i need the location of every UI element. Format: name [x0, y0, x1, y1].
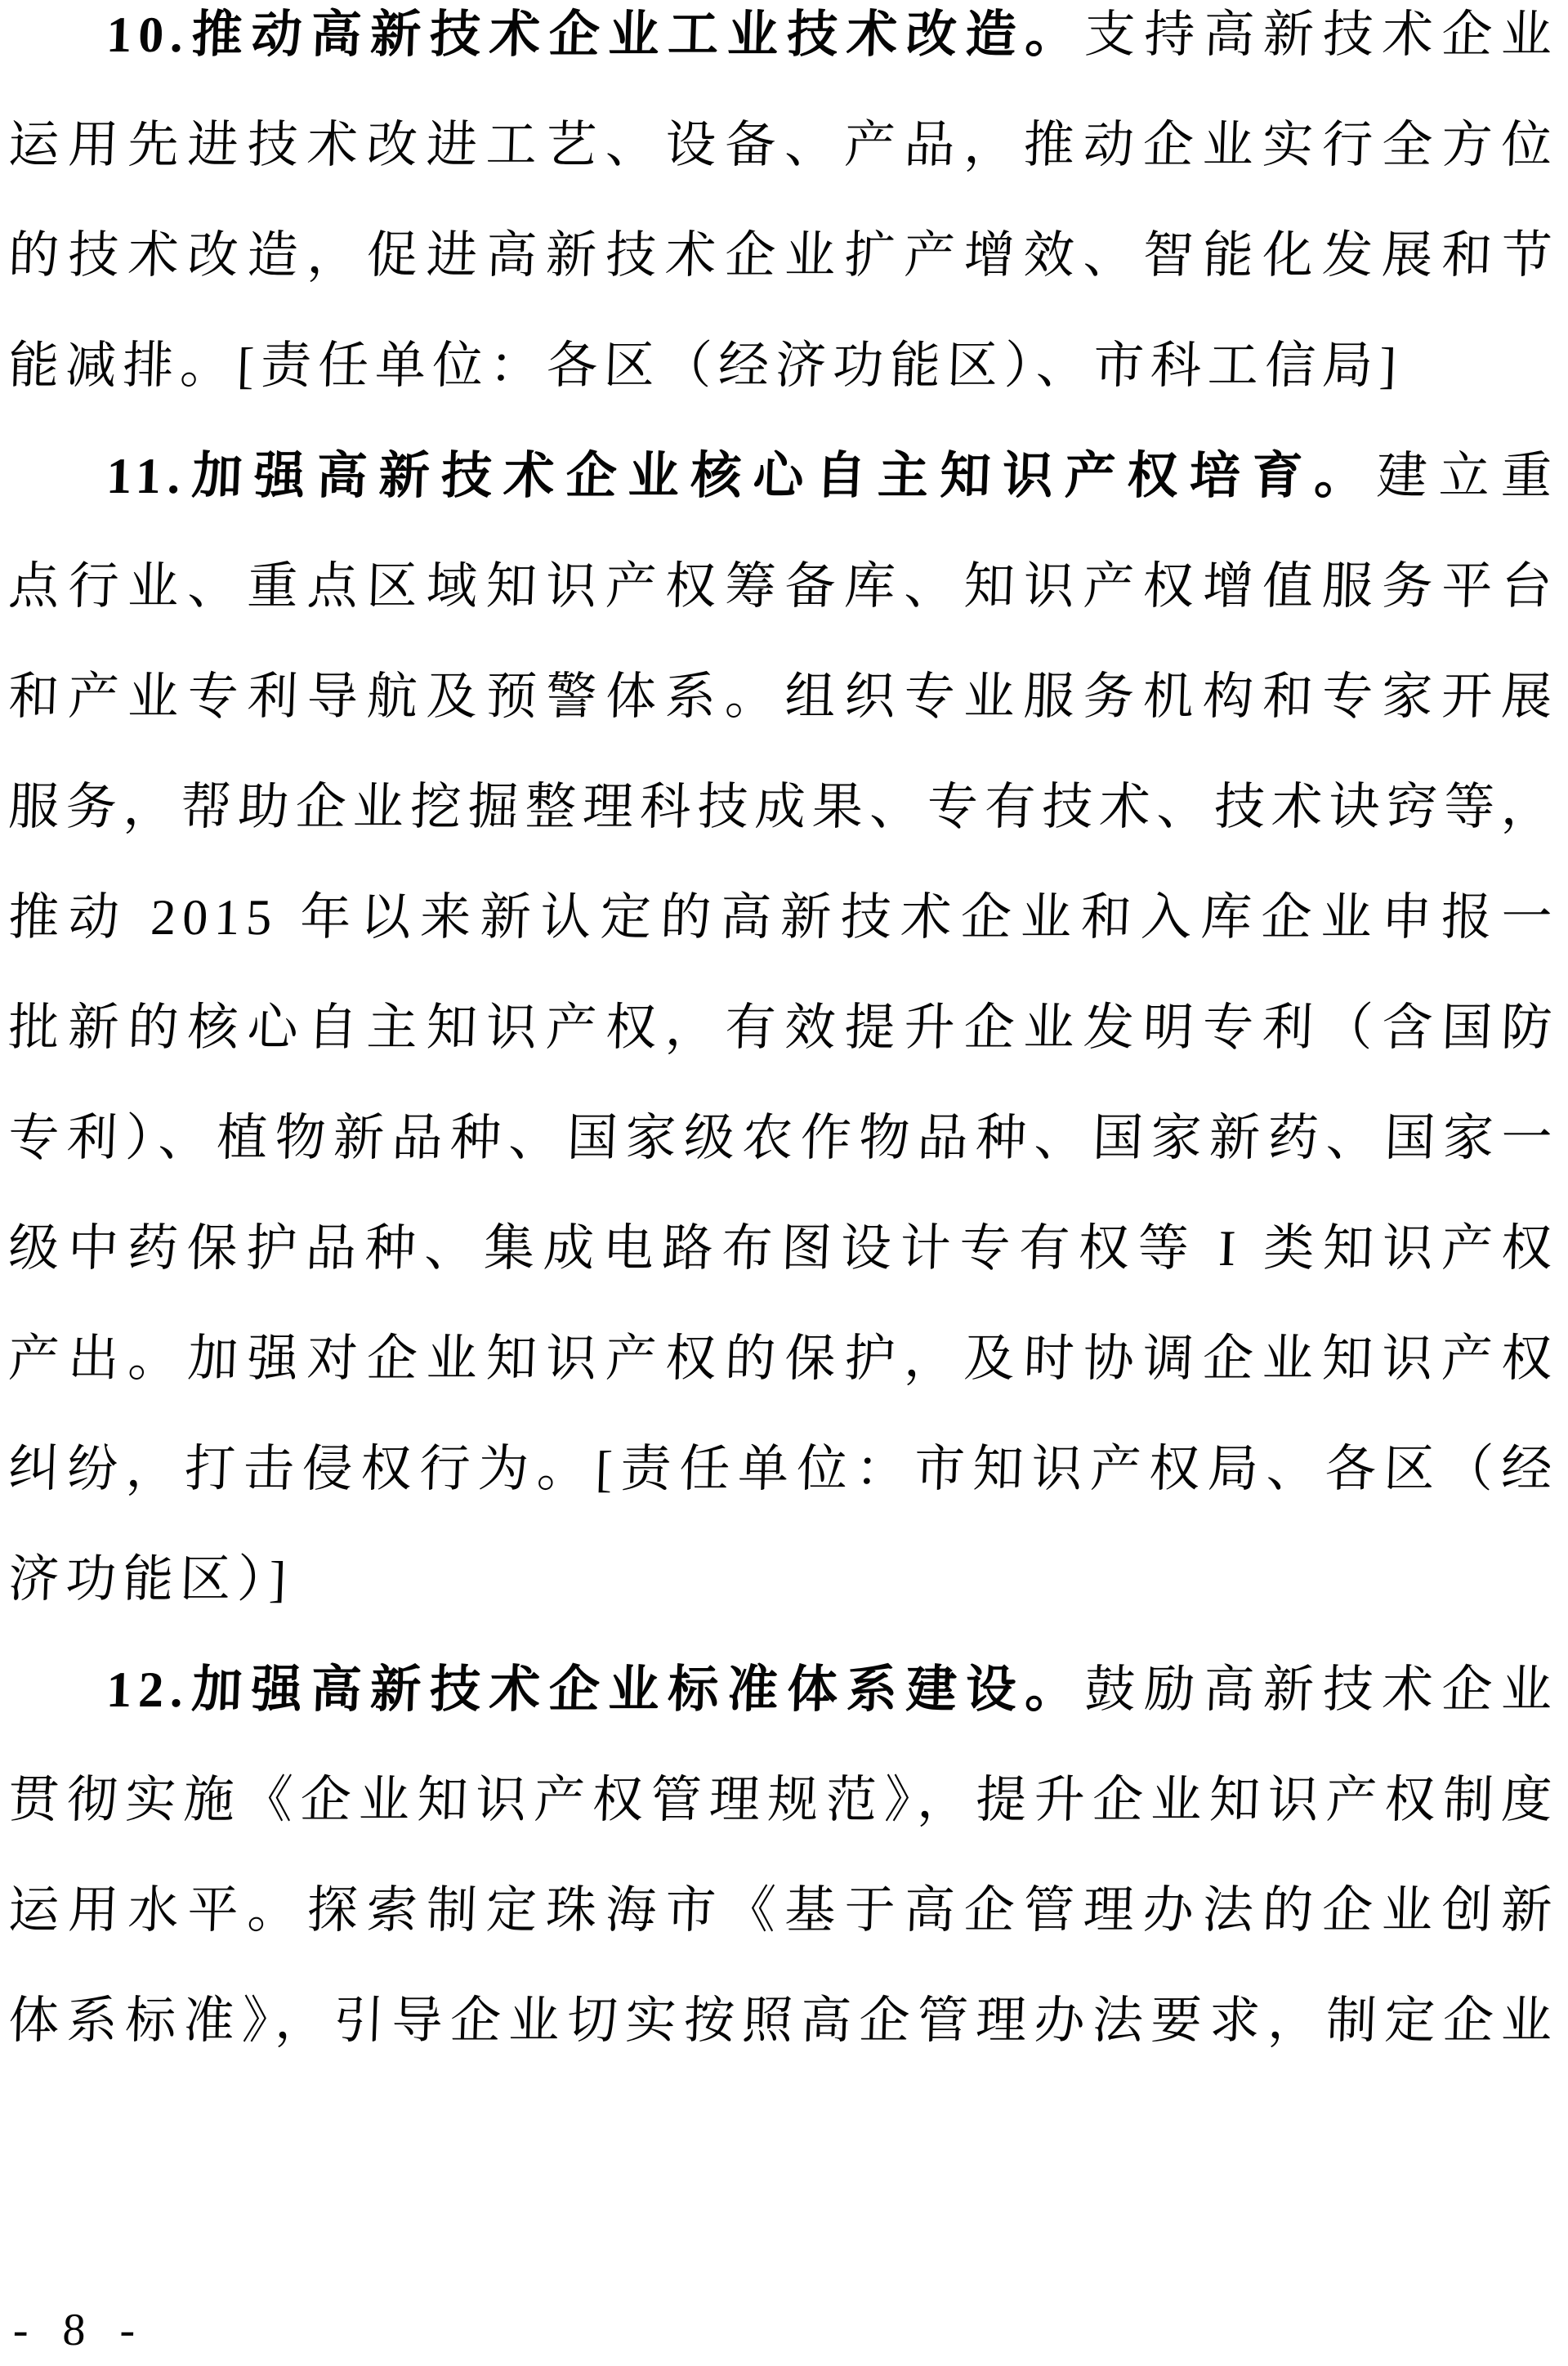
body-text: 推动 2015 年以来新认定的高新技术企业和入库企业申报一 [7, 890, 1559, 946]
line-p12-2: 贯彻实施《企业知识产权管理规范》，提升企业知识产权制度 [7, 1746, 1561, 1856]
line-p10-4-responsible-unit: 能减排。[责任单位：各区（经济功能区）、市科工信局] [7, 311, 1561, 422]
document-page: 10.推动高新技术企业工业技术改造。支持高新技术企业 运用先进技术改进工艺、设备… [0, 0, 1568, 2366]
line-p11-8: 级中药保护品种、集成电路布图设计专有权等 I 类知识产权 [7, 1194, 1561, 1304]
line-p10-2: 运用先进技术改进工艺、设备、产品，推动企业实行全方位 [7, 91, 1561, 201]
body-text: 济功能区）] [7, 1552, 293, 1608]
p10-body-text: 支持高新技术企业 [1083, 7, 1559, 63]
body-text: 能减排。[责任单位：各区（经济功能区）、市科工信局] [7, 338, 1404, 394]
line-p11-3: 和产业专利导航及预警体系。组织专业服务机构和专家开展 [7, 642, 1561, 753]
line-p12-heading: 12.加强高新技术企业标准体系建设。鼓励高新技术企业 [7, 1635, 1561, 1746]
body-text: 专利）、植物新品种、国家级农作物品种、国家新药、国家一 [7, 1111, 1559, 1166]
line-p11-10: 纠纷，打击侵权行为。[责任单位：市知识产权局、各区（经 [7, 1415, 1561, 1525]
line-p11-2: 点行业、重点区域知识产权筹备库、知识产权增值服务平台 [7, 532, 1561, 642]
body-text: 点行业、重点区域知识产权筹备库、知识产权增值服务平台 [7, 559, 1559, 615]
line-p11-11-responsible-unit: 济功能区）] [7, 1525, 1561, 1635]
body-text: 运用水平。探索制定珠海市《基于高企管理办法的企业创新 [7, 1883, 1559, 1939]
p12-heading-text: 12.加强高新技术企业标准体系建设。 [105, 1662, 1085, 1718]
p11-body-text: 建立重 [1376, 449, 1560, 504]
line-p11-heading: 11.加强高新技术企业核心自主知识产权培育。建立重 [7, 422, 1561, 532]
line-p11-6: 批新的核心自主知识产权，有效提升企业发明专利（含国防 [7, 973, 1561, 1084]
line-p10-3: 的技术改造，促进高新技术企业扩产增效、智能化发展和节 [7, 201, 1561, 311]
line-p11-9: 产出。加强对企业知识产权的保护，及时协调企业知识产权 [7, 1304, 1561, 1415]
line-p10-heading: 10.推动高新技术企业工业技术改造。支持高新技术企业 [7, 0, 1561, 91]
body-text: 产出。加强对企业知识产权的保护，及时协调企业知识产权 [7, 1331, 1559, 1387]
p12-body-text: 鼓励高新技术企业 [1083, 1662, 1559, 1718]
p11-heading-text: 11.加强高新技术企业核心自主知识产权培育。 [105, 449, 1378, 504]
line-p11-7: 专利）、植物新品种、国家级农作物品种、国家新药、国家一 [7, 1084, 1561, 1194]
body-text: 级中药保护品种、集成电路布图设计专有权等 I 类知识产权 [7, 1221, 1559, 1277]
body-text: 体系标准》，引导企业切实按照高企管理办法要求，制定企业 [7, 1993, 1559, 2049]
body-text: 纠纷，打击侵权行为。[责任单位：市知识产权局、各区（经 [7, 1442, 1559, 1497]
body-text: 和产业专利导航及预警体系。组织专业服务机构和专家开展 [7, 669, 1559, 725]
line-p12-3: 运用水平。探索制定珠海市《基于高企管理办法的企业创新 [7, 1856, 1561, 1966]
body-text: 运用先进技术改进工艺、设备、产品，推动企业实行全方位 [7, 118, 1559, 173]
body-text: 服务，帮助企业挖掘整理科技成果、专有技术、技术诀窍等， [7, 780, 1559, 835]
page-number: - 8 - [11, 2293, 147, 2366]
body-text: 贯彻实施《企业知识产权管理规范》，提升企业知识产权制度 [7, 1773, 1559, 1828]
line-p11-4: 服务，帮助企业挖掘整理科技成果、专有技术、技术诀窍等， [7, 753, 1561, 863]
document-body: 10.推动高新技术企业工业技术改造。支持高新技术企业 运用先进技术改进工艺、设备… [7, 0, 1557, 2077]
body-text: 的技术改造，促进高新技术企业扩产增效、智能化发展和节 [7, 228, 1559, 284]
line-p11-5: 推动 2015 年以来新认定的高新技术企业和入库企业申报一 [7, 863, 1561, 973]
p10-heading-text: 10.推动高新技术企业工业技术改造。 [105, 7, 1085, 63]
body-text: 批新的核心自主知识产权，有效提升企业发明专利（含国防 [7, 1000, 1559, 1056]
line-p12-4: 体系标准》，引导企业切实按照高企管理办法要求，制定企业 [7, 1966, 1561, 2077]
